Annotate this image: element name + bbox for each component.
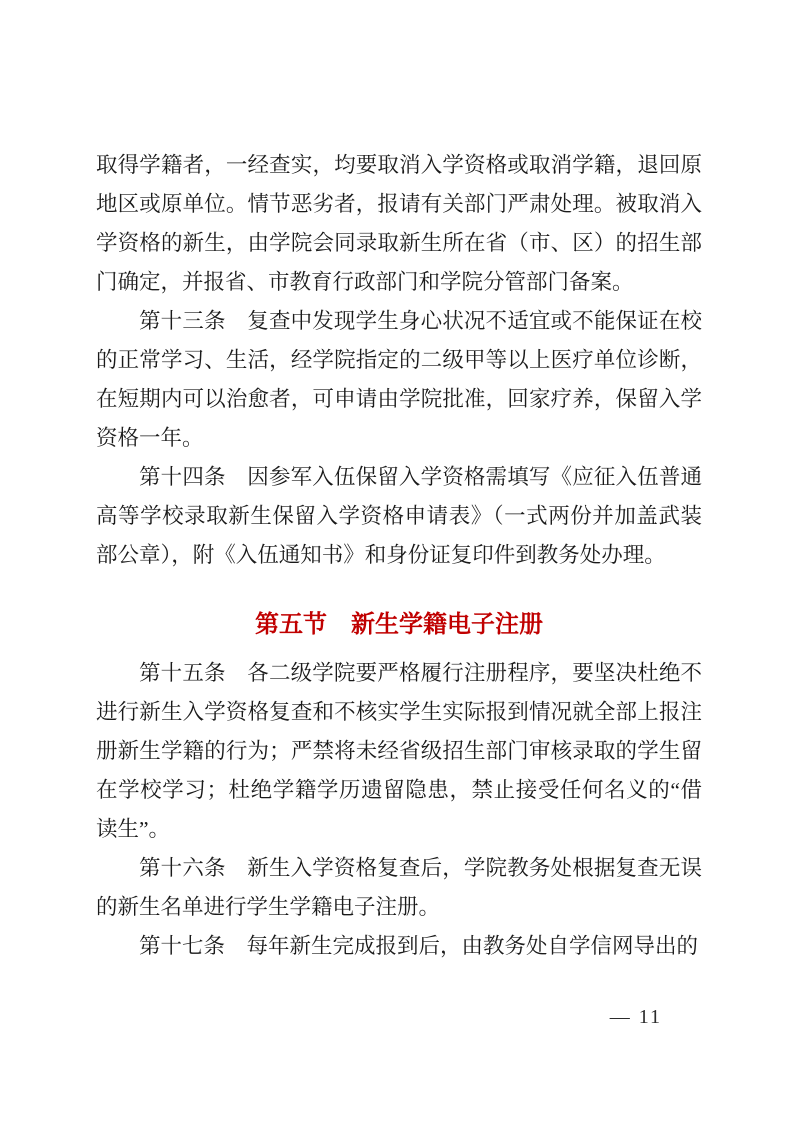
article-17-paragraph: 第十七条 每年新生完成报到后，由教务处自学信网导出的 [96,927,702,966]
continuation-paragraph: 取得学籍者，一经查实，均要取消入学资格或取消学籍，退回原地区或原单位。情节恶劣者… [96,146,702,302]
document-page: 取得学籍者，一经查实，均要取消入学资格或取消学籍，退回原地区或原单位。情节恶劣者… [0,0,794,1122]
section-5-heading: 第五节 新生学籍电子注册 [96,609,702,641]
article-15-paragraph: 第十五条 各二级学院要严格履行注册程序，要坚决杜绝不进行新生入学资格复查和不核实… [96,654,702,849]
article-16-paragraph: 第十六条 新生入学资格复查后，学院教务处根据复查无误的新生名单进行学生学籍电子注… [96,849,702,927]
page-number: — 11 [610,1004,662,1030]
document-body: 取得学籍者，一经查实，均要取消入学资格或取消学籍，退回原地区或原单位。情节恶劣者… [96,146,702,966]
article-13-paragraph: 第十三条 复查中发现学生身心状况不适宜或不能保证在校的正常学习、生活，经学院指定… [96,302,702,458]
article-14-paragraph: 第十四条 因参军入伍保留入学资格需填写《应征入伍普通高等学校录取新生保留入学资格… [96,458,702,575]
